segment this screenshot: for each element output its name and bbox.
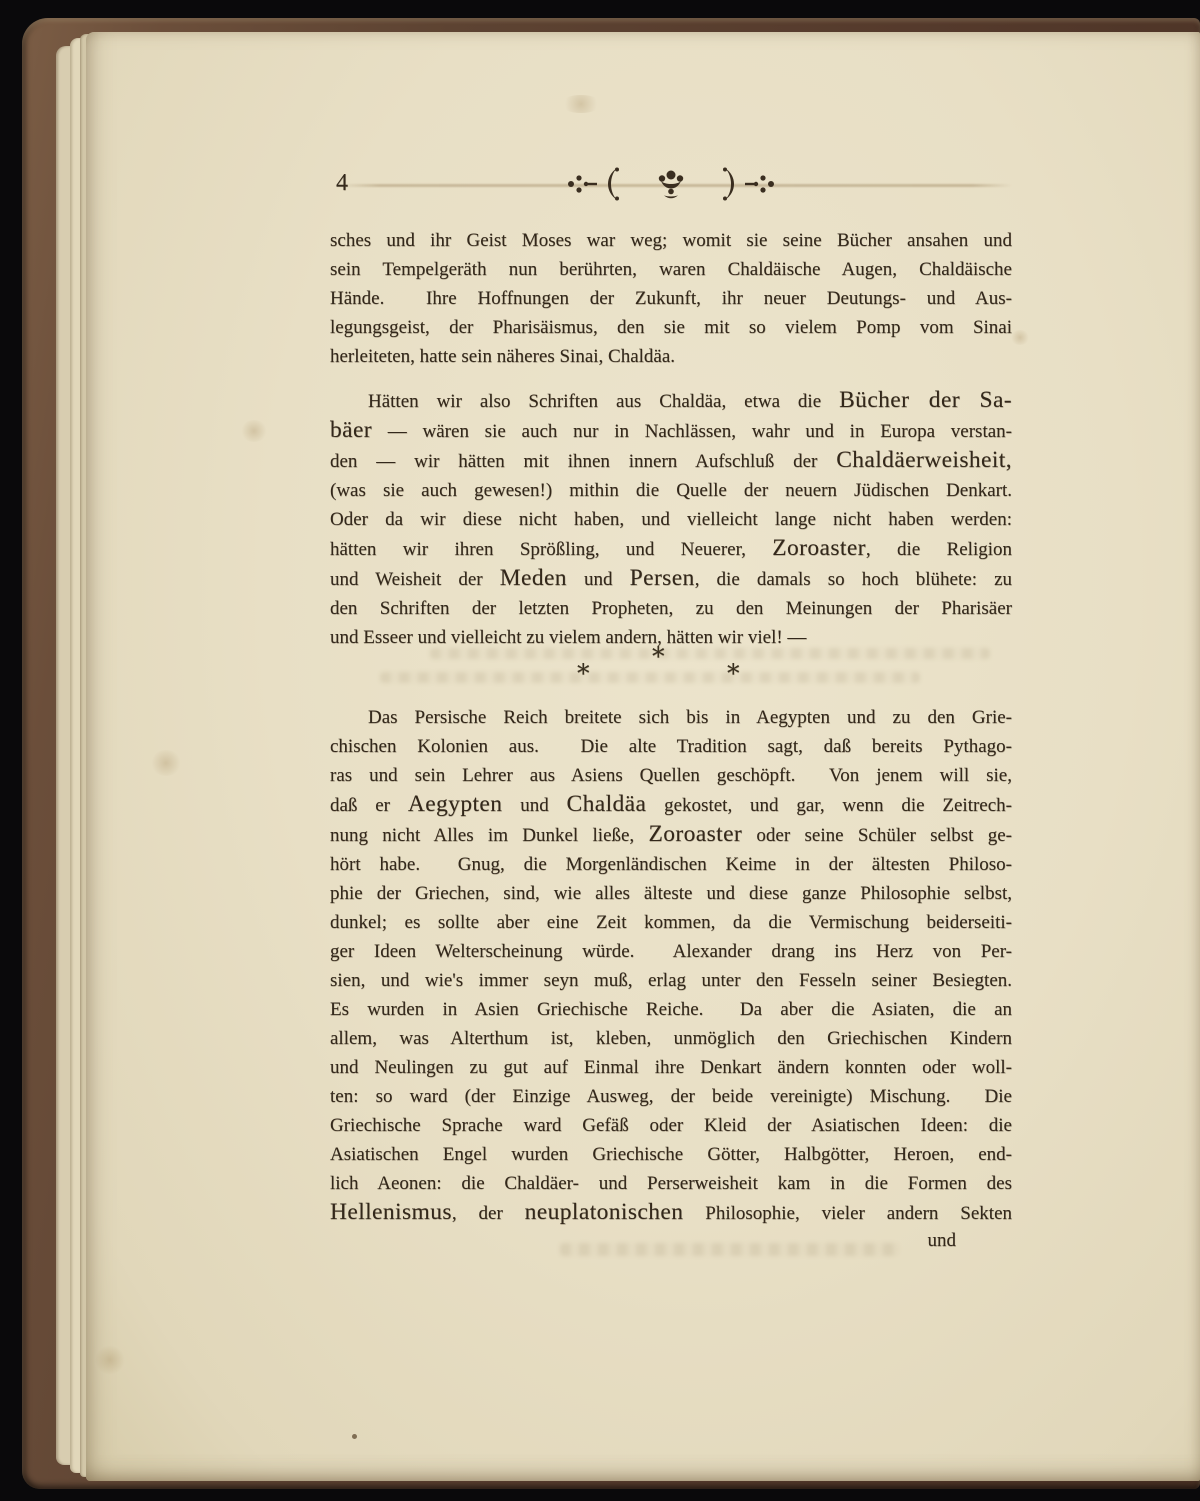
asterisk-glyph: * [652,644,665,669]
body-text: lich Aeonen: die Chaldäer- und Perserwei… [330,1173,1012,1194]
text-line: sien, und wie's immer seyn muß, erlag un… [330,966,1012,995]
text-line: bäer — wären sie auch nur in Nachlässen,… [330,416,1012,446]
text-line: dunkel; es sollte aber eine Zeit kommen,… [330,908,1012,937]
body-text: dunkel; es sollte aber eine Zeit kommen,… [330,912,1012,933]
paragraph: Das Persische Reich breitete sich bis in… [330,703,1012,1228]
body-text: hätten wir ihren Sprößling, und Neuerer, [330,539,772,560]
text-line: hätten wir ihren Sprößling, und Neuerer,… [330,534,1012,564]
body-text: Griechische Sprache ward Gefäß oder Klei… [330,1115,1012,1136]
emphasized-text: neuplatonischen [525,1199,684,1225]
text-line: Das Persische Reich breitete sich bis in… [330,703,1012,732]
page-header: 4 [330,168,1012,202]
text-line: sches und ihr Geist Moses war weg; womit… [330,226,1012,255]
text-line: Es wurden in Asien Griechische Reiche. D… [330,995,1012,1024]
body-text: herleiteten, hatte sein näheres Sinai, C… [330,346,675,367]
body-text: Asiatischen Engel wurden Griechische Göt… [330,1144,1012,1165]
body-text: sien, und wie's immer seyn muß, erlag un… [330,970,1012,991]
body-text: hört habe. Gnug, die Morgenländischen Ke… [330,854,1012,875]
body-text: Oder da wir diese nicht haben, und viell… [330,509,1012,530]
text-line: ras und sein Lehrer aus Asiens Quellen g… [330,761,1012,790]
text-line: hört habe. Gnug, die Morgenländischen Ke… [330,850,1012,879]
body-text: chischen Kolonien aus. Die alte Traditio… [330,736,1012,757]
text-line: herleiteten, hatte sein näheres Sinai, C… [330,342,1012,371]
body-text: und Neulingen zu gut auf Einmal ihre Den… [330,1057,1012,1078]
text-line: Hellenismus, der neuplatonischen Philoso… [330,1198,1012,1228]
center-fleuron [659,171,683,199]
body-text: phie der Griechen, sind, wie alles ältes… [330,883,1012,904]
right-bracket [725,168,734,200]
body-text: den — wir hätten mit ihnen innern Aufsch… [330,451,836,472]
emphasized-text: Hellenismus [330,1199,452,1225]
asterisk-separator: * * * [330,646,1012,690]
text-line: sein Tempelgeräth nun berührten, waren C… [330,255,1012,284]
text-line: den Schriften der letzten Propheten, zu … [330,594,1012,623]
text-line: Hände. Ihre Hoffnungen der Zukunft, ihr … [330,284,1012,313]
emphasized-text: bäer [330,417,372,443]
body-text: , die Religion [866,539,1012,560]
emphasized-text: Chaldäa [567,791,647,817]
body-text: nung nicht Alles im Dunkel ließe, [330,825,648,846]
body-text: und [502,795,566,816]
emphasized-text: Persen [630,565,695,591]
text-column: 4 [330,0,1012,1501]
body-text: und Esseer und vielleicht zu vielem ande… [330,627,806,648]
text-line: den — wir hätten mit ihnen innern Aufsch… [330,446,1012,476]
body-text: sein Tempelgeräth nun berührten, waren C… [330,259,1012,280]
body-text: Hätten wir also Schriften aus Chaldäa, e… [368,391,839,412]
body-text: Das Persische Reich breitete sich bis in… [368,707,1012,728]
catchword-row: und [330,1230,1012,1252]
emphasized-text: Zoroaster [648,821,742,847]
asterisk-glyph: * [727,661,740,686]
body-text: — wären sie auch nur in Nachlässen, wahr… [372,421,1012,442]
left-sprig [568,175,597,192]
body-text: Philosophie, vieler andern Sekten [683,1203,1012,1224]
text-line: allem, was Alterthum ist, kleben, unmögl… [330,1024,1012,1053]
text-line: legungsgeist, der Pharisäismus, den sie … [330,313,1012,342]
body-text: ras und sein Lehrer aus Asiens Quellen g… [330,765,1012,786]
text-line: Asiatischen Engel wurden Griechische Göt… [330,1140,1012,1169]
text-line: und Weisheit der Meden und Persen, die d… [330,564,1012,594]
floral-vignette-icon [561,166,781,202]
text-line: Hätten wir also Schriften aus Chaldäa, e… [330,386,1012,416]
body-text: , die damals so hoch blühete: zu [695,569,1012,590]
emphasized-text: Meden [500,565,567,591]
foxing-spot [95,1345,125,1375]
paragraph: Hätten wir also Schriften aus Chaldäa, e… [330,386,1012,652]
body-text: ger Ideen Welterscheinung würde. Alexand… [330,941,1012,962]
body-text: daß er [330,795,408,816]
body-text: den Schriften der letzten Propheten, zu … [330,598,1012,619]
body-text: ten: so ward (der Einzige Ausweg, der be… [330,1086,1012,1107]
emphasized-text: Aegypten [408,791,503,817]
text-line: Griechische Sprache ward Gefäß oder Klei… [330,1111,1012,1140]
body-text: und Weisheit der [330,569,500,590]
body-text: oder seine Schüler selbst ge- [742,825,1012,846]
body-text: allem, was Alterthum ist, kleben, unmögl… [330,1028,1012,1049]
body-text: gekostet, und gar, wenn die Zeitrech- [646,795,1012,816]
emphasized-text: Zoroaster [772,535,866,561]
body-text: und [567,569,630,590]
text-line: Oder da wir diese nicht haben, und viell… [330,505,1012,534]
text-line: nung nicht Alles im Dunkel ließe, Zoroas… [330,820,1012,850]
foxing-spot [1010,330,1030,345]
asterisk-glyph: * [577,661,590,686]
text-line: (was sie auch gewesen!) mithin die Quell… [330,476,1012,505]
foxing-spot [240,420,268,442]
body-text: , der [452,1203,525,1224]
body-text: (was sie auch gewesen!) mithin die Quell… [330,480,1012,501]
scanned-book-photo: 4 [0,0,1200,1501]
paragraph: sches und ihr Geist Moses war weg; womit… [330,226,1012,371]
page-number: 4 [336,168,348,198]
text-line: ten: so ward (der Einzige Ausweg, der be… [330,1082,1012,1111]
text-line: chischen Kolonien aus. Die alte Traditio… [330,732,1012,761]
text-line: ger Ideen Welterscheinung würde. Alexand… [330,937,1012,966]
left-bracket [608,168,617,200]
text-line: phie der Griechen, sind, wie alles ältes… [330,879,1012,908]
catchword: und [928,1230,957,1251]
emphasized-text: Bücher der Sa- [839,387,1012,413]
body-text: Hände. Ihre Hoffnungen der Zukunft, ihr … [330,288,1012,309]
foxing-spot [150,750,182,776]
text-line: und Neulingen zu gut auf Einmal ihre Den… [330,1053,1012,1082]
emphasized-text: Chaldäerweisheit, [836,447,1012,473]
text-line: daß er Aegypten und Chaldäa gekostet, un… [330,790,1012,820]
body-text: sches und ihr Geist Moses war weg; womit… [330,230,1012,251]
right-sprig [745,175,774,192]
text-line: lich Aeonen: die Chaldäer- und Perserwei… [330,1169,1012,1198]
body-text: Es wurden in Asien Griechische Reiche. D… [330,999,1012,1020]
body-text: legungsgeist, der Pharisäismus, den sie … [330,317,1012,338]
